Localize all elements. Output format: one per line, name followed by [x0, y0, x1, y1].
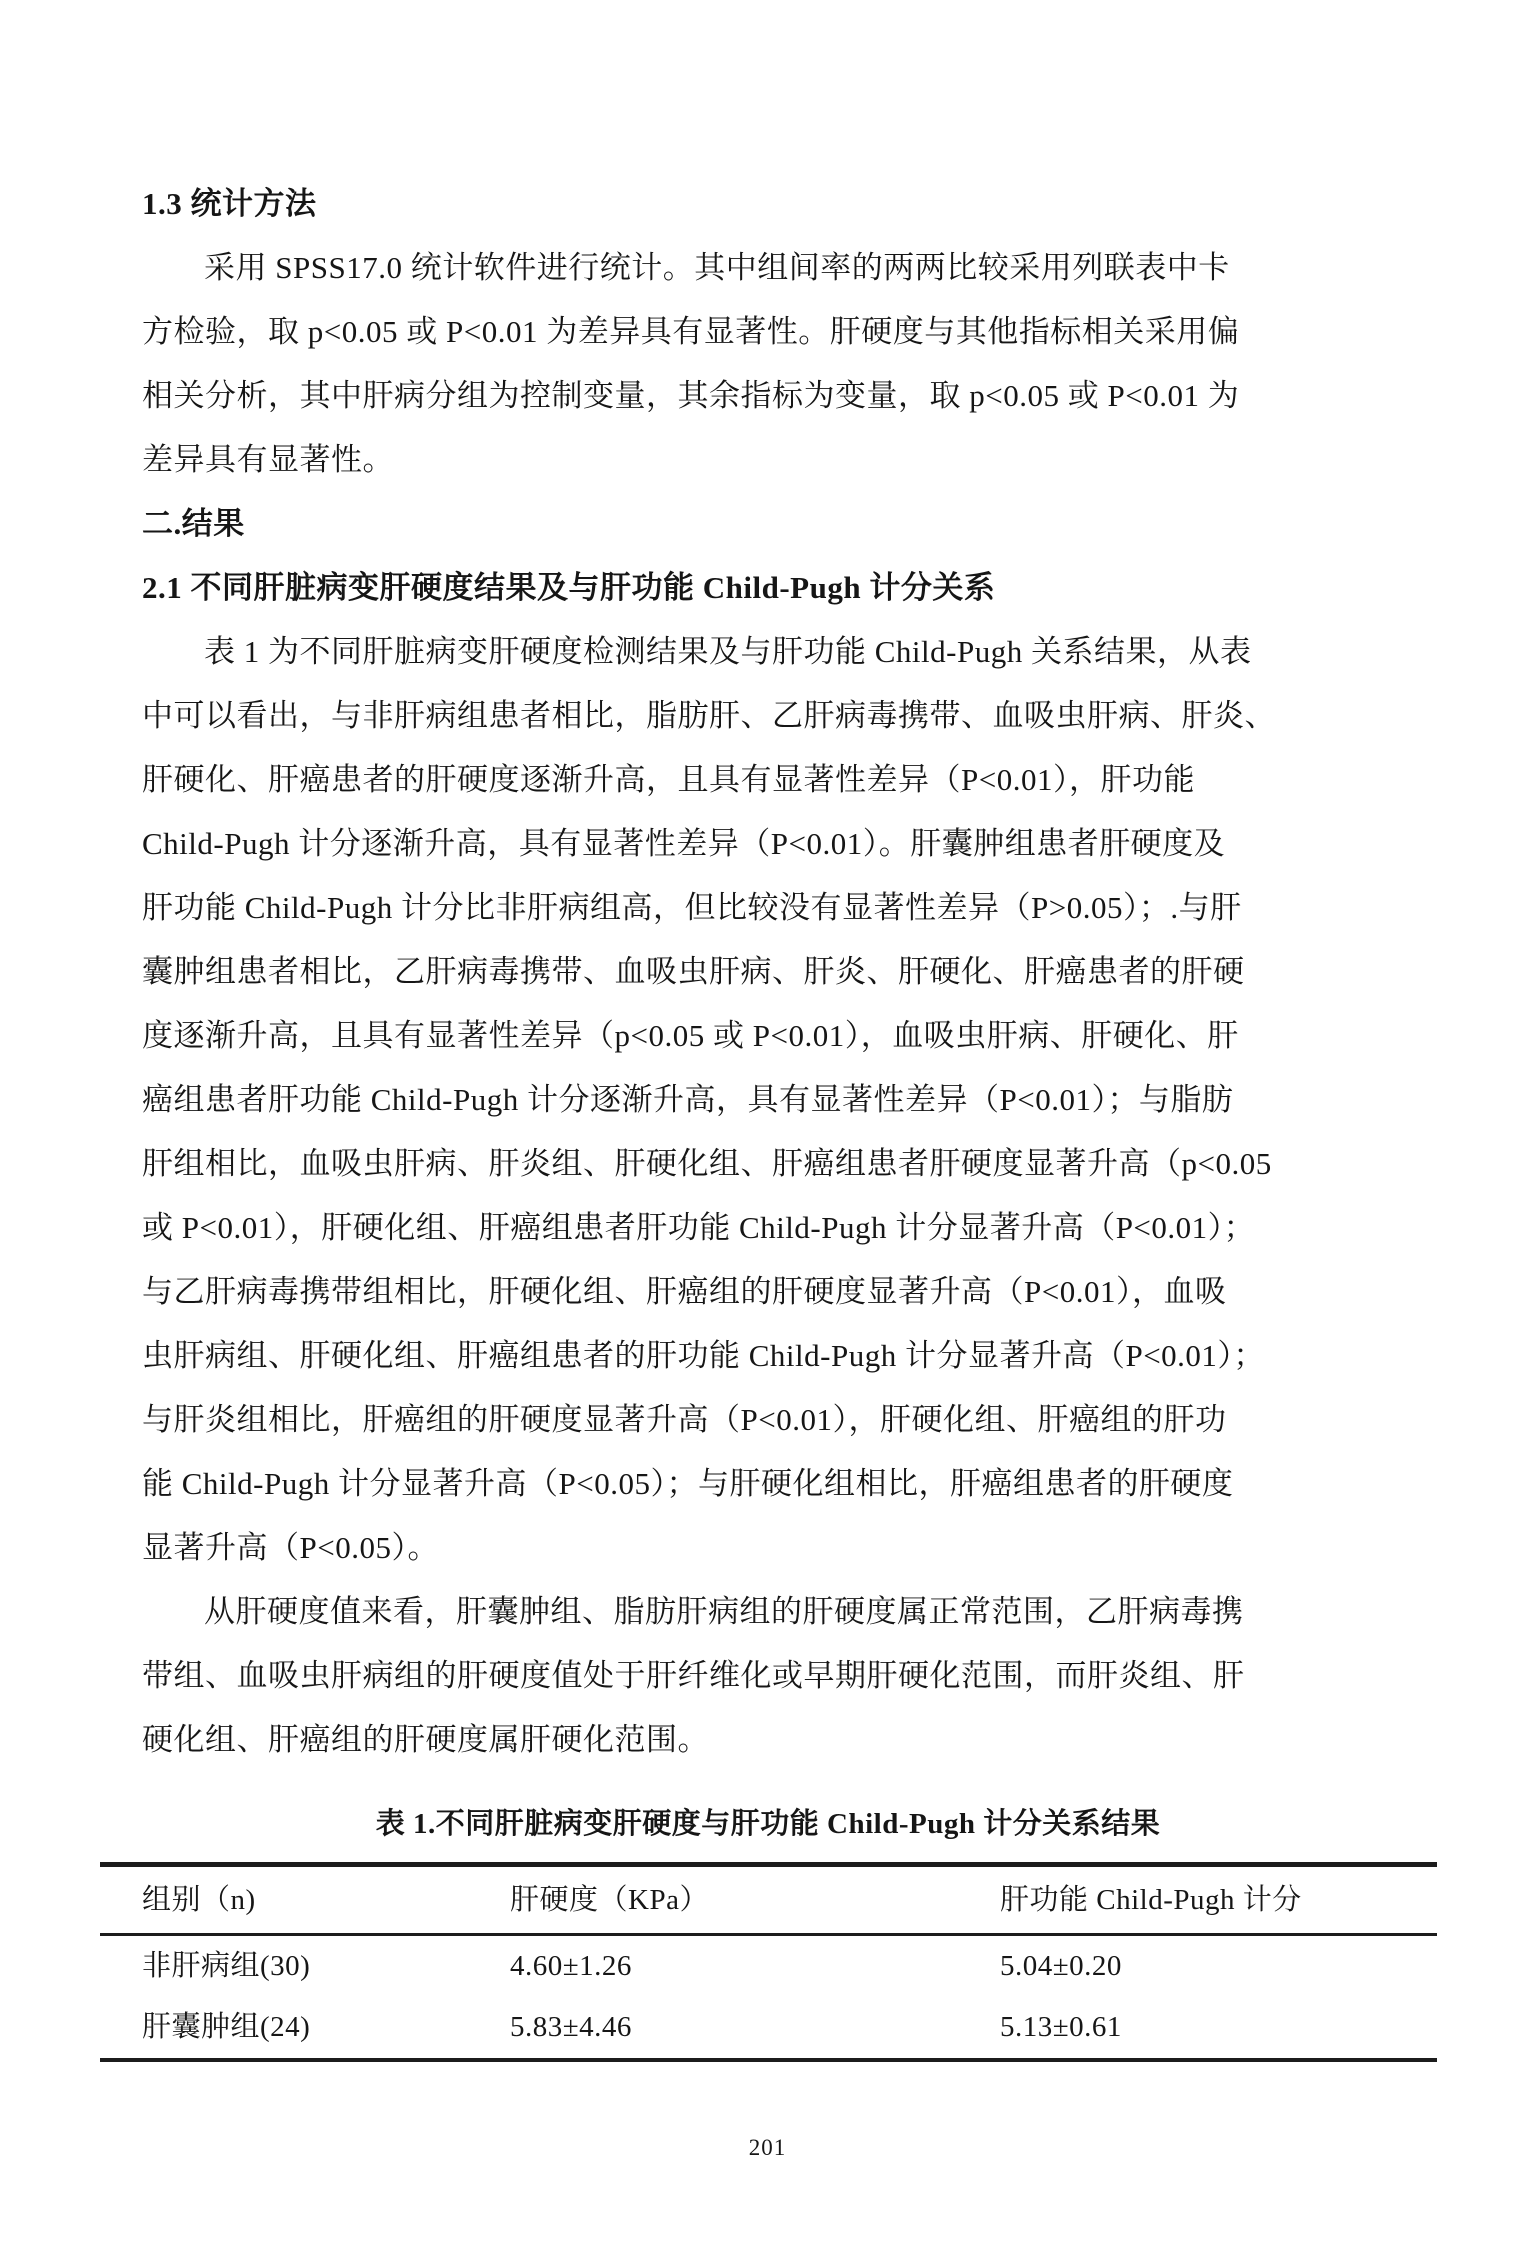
text-line: 与乙肝病毒携带组相比，肝硬化组、肝癌组的肝硬度显著升高（P<0.01），血吸	[142, 1260, 1394, 1324]
page-number: 201	[0, 2135, 1535, 2161]
text-line: 虫肝病组、肝硬化组、肝癌组患者的肝功能 Child-Pugh 计分显著升高（P<…	[142, 1324, 1394, 1388]
table-header-child-pugh-score: 肝功能 Child-Pugh 计分	[1000, 1867, 1437, 1933]
document-body: 1.3 统计方法 采用 SPSS17.0 统计软件进行统计。其中组间率的两两比较…	[142, 160, 1394, 2062]
section-1-3-heading: 1.3 统计方法	[142, 172, 1394, 236]
text-line: 相关分析，其中肝病分组为控制变量，其余指标为变量，取 p<0.05 或 P<0.…	[142, 364, 1394, 428]
text-line: Child-Pugh 计分逐渐升高，具有显著性差异（P<0.01）。肝囊肿组患者…	[142, 812, 1394, 876]
text-line: 肝组相比，血吸虫肝病、肝炎组、肝硬化组、肝癌组患者肝硬度显著升高（p<0.05	[142, 1132, 1394, 1196]
text-line: 中可以看出，与非肝病组患者相比，脂肪肝、乙肝病毒携带、血吸虫肝病、肝炎、	[142, 684, 1394, 748]
section-1-3-paragraph: 采用 SPSS17.0 统计软件进行统计。其中组间率的两两比较采用列联表中卡方检…	[142, 236, 1394, 492]
section-2-1-paragraph-2: 从肝硬度值来看，肝囊肿组、脂肪肝病组的肝硬度属正常范围，乙肝病毒携带组、血吸虫肝…	[142, 1580, 1394, 1772]
table-cell-child-pugh: 5.04±0.20	[1000, 1936, 1437, 1997]
text-line: 显著升高（P<0.05）。	[142, 1516, 1394, 1580]
scanned-paper-page: 1.3 统计方法 采用 SPSS17.0 统计软件进行统计。其中组间率的两两比较…	[0, 0, 1535, 2245]
text-line: 带组、血吸虫肝病组的肝硬度值处于肝纤维化或早期肝硬化范围，而肝炎组、肝	[142, 1644, 1394, 1708]
table-cell-group: 肝囊肿组(24)	[100, 1997, 510, 2058]
text-line: 采用 SPSS17.0 统计软件进行统计。其中组间率的两两比较采用列联表中卡	[142, 236, 1394, 300]
text-line: 与肝炎组相比，肝癌组的肝硬度显著升高（P<0.01），肝硬化组、肝癌组的肝功	[142, 1388, 1394, 1452]
table-caption: 表 1.不同肝脏病变肝硬度与肝功能 Child-Pugh 计分关系结果	[142, 1792, 1394, 1856]
text-line: 囊肿组患者相比，乙肝病毒携带、血吸虫肝病、肝炎、肝硬化、肝癌患者的肝硬	[142, 940, 1394, 1004]
text-line: 差异具有显著性。	[142, 428, 1394, 492]
text-line: 度逐渐升高，且具有显著性差异（p<0.05 或 P<0.01），血吸虫肝病、肝硬…	[142, 1004, 1394, 1068]
text-line: 癌组患者肝功能 Child-Pugh 计分逐渐升高，具有显著性差异（P<0.01…	[142, 1068, 1394, 1132]
text-line: 方检验，取 p<0.05 或 P<0.01 为差异具有显著性。肝硬度与其他指标相…	[142, 300, 1394, 364]
text-line: 能 Child-Pugh 计分显著升高（P<0.05）；与肝硬化组相比，肝癌组患…	[142, 1452, 1394, 1516]
table-header-liver-stiffness: 肝硬度（KPa）	[510, 1867, 1000, 1933]
section-2-1-paragraph-1: 表 1 为不同肝脏病变肝硬度检测结果及与肝功能 Child-Pugh 关系结果，…	[142, 620, 1394, 1580]
text-line: 或 P<0.01），肝硬化组、肝癌组患者肝功能 Child-Pugh 计分显著升…	[142, 1196, 1394, 1260]
table-header-row: 组别（n) 肝硬度（KPa） 肝功能 Child-Pugh 计分	[100, 1867, 1437, 1936]
section-2-heading: 二.结果	[142, 492, 1394, 556]
table-header-group: 组别（n)	[100, 1867, 510, 1933]
results-table: 组别（n) 肝硬度（KPa） 肝功能 Child-Pugh 计分 非肝病组(30…	[100, 1862, 1437, 2062]
text-line: 硬化组、肝癌组的肝硬度属肝硬化范围。	[142, 1708, 1394, 1772]
section-2-1-heading: 2.1 不同肝脏病变肝硬度结果及与肝功能 Child-Pugh 计分关系	[142, 556, 1394, 620]
text-line: 表 1 为不同肝脏病变肝硬度检测结果及与肝功能 Child-Pugh 关系结果，…	[142, 620, 1394, 684]
table-row: 肝囊肿组(24) 5.83±4.46 5.13±0.61	[100, 1997, 1437, 2058]
table-cell-stiffness: 5.83±4.46	[510, 1997, 1000, 2058]
table-row: 非肝病组(30) 4.60±1.26 5.04±0.20	[100, 1936, 1437, 1997]
table-cell-group: 非肝病组(30)	[100, 1936, 510, 1997]
text-line: 从肝硬度值来看，肝囊肿组、脂肪肝病组的肝硬度属正常范围，乙肝病毒携	[142, 1580, 1394, 1644]
text-line: 肝硬化、肝癌患者的肝硬度逐渐升高，且具有显著性差异（P<0.01），肝功能	[142, 748, 1394, 812]
table-cell-child-pugh: 5.13±0.61	[1000, 1997, 1437, 2058]
table-cell-stiffness: 4.60±1.26	[510, 1936, 1000, 1997]
text-line: 肝功能 Child-Pugh 计分比非肝病组高，但比较没有显著性差异（P>0.0…	[142, 876, 1394, 940]
